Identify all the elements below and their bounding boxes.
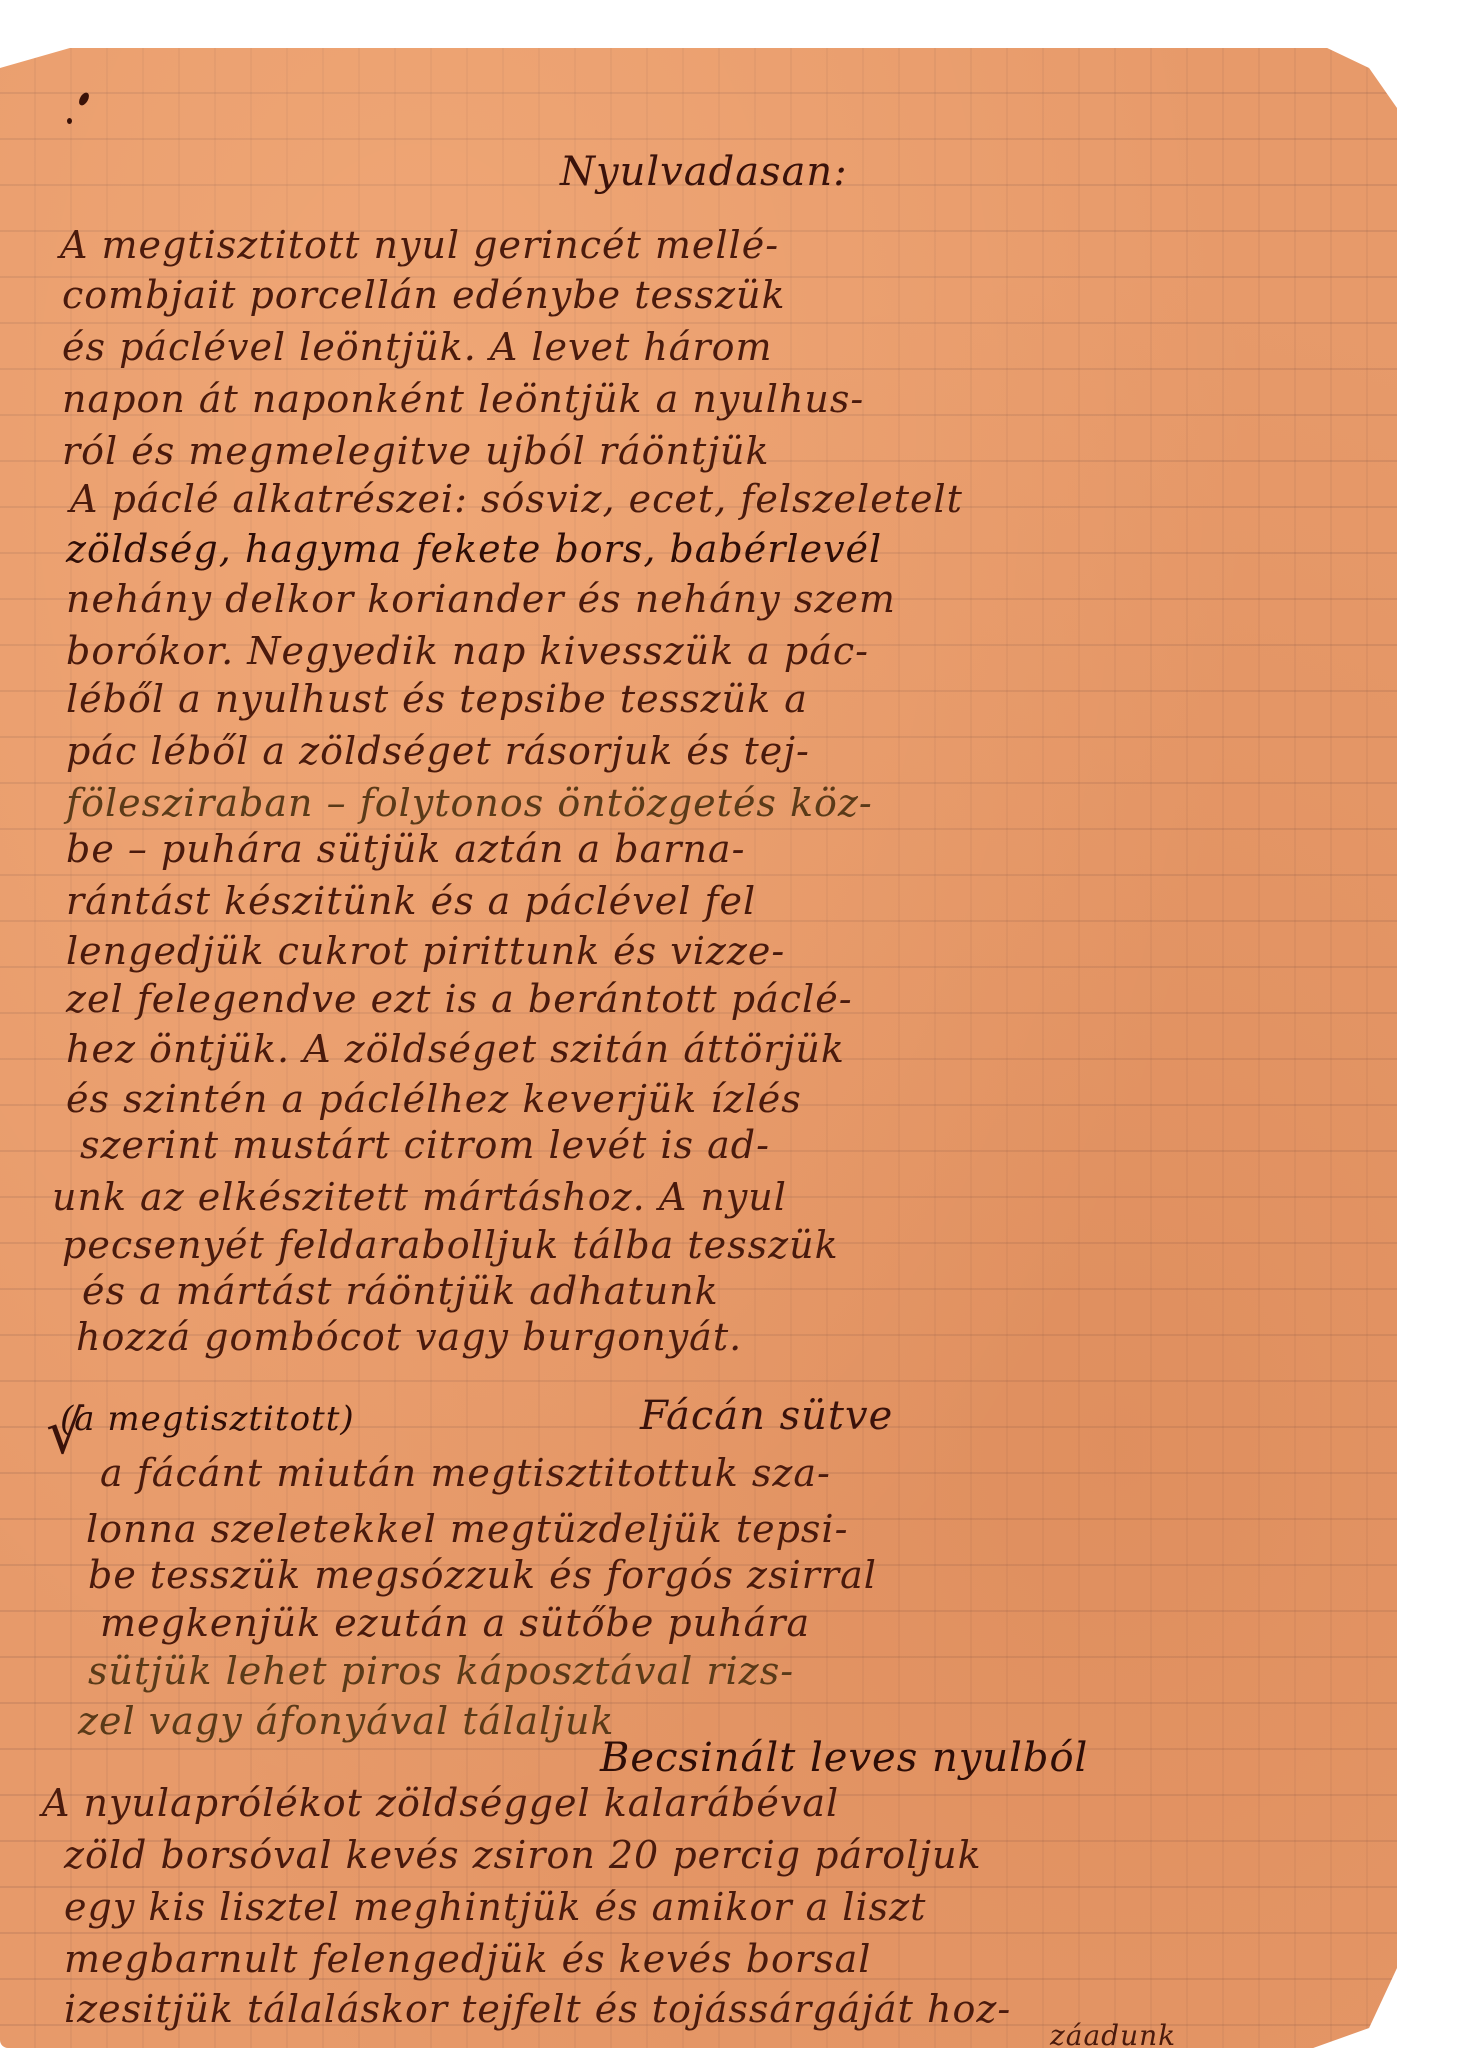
- text-line: a fácánt miután megtisztitottuk sza-: [100, 1454, 831, 1492]
- text-line: A páclé alkatrészei: sósviz, ecet, felsz…: [70, 480, 963, 518]
- text-line: szerint mustárt citrom levét is ad-: [80, 1126, 770, 1164]
- text-line: nehány delkor koriander és nehány szem: [66, 580, 896, 618]
- text-line: ról és megmelegitve ujból ráöntjük: [62, 432, 770, 470]
- text-line: megbarnult felengedjük és kevés borsal: [64, 1940, 871, 1978]
- text-line: izesitjük tálaláskor tejfelt és tojássár…: [64, 1990, 1011, 2028]
- text-line: és páclével leöntjük. A levet három: [62, 328, 773, 366]
- text-line: napon át naponként leöntjük a nyulhus-: [62, 380, 864, 418]
- section-title-facan: Fácán sütve: [640, 1396, 893, 1436]
- text-line: zöldség, hagyma fekete bors, babérlevél: [66, 530, 882, 568]
- text-line: fölesziraban – folytonos öntözgetés köz-: [66, 784, 873, 822]
- text-line: A megtisztitott nyul gerincét mellé-: [60, 226, 779, 264]
- text-line: A nyulaprólékot zöldséggel kalarábéval: [42, 1784, 839, 1822]
- text-line: combjait porcellán edénybe tesszük: [62, 276, 786, 314]
- text-line: záadunk: [1050, 2022, 1176, 2048]
- text-line: rántást készitünk és a páclével fel: [66, 882, 756, 920]
- text-line: be – puhára sütjük aztán a barna-: [66, 830, 745, 868]
- text-line: hez öntjük. A zöldséget szitán áttörjük: [66, 1030, 845, 1068]
- text-line: zel felegendve ezt is a berántott páclé-: [66, 980, 853, 1018]
- ink-spot: [67, 118, 72, 124]
- text-line: pác léből a zöldséget rásorjuk és tej-: [66, 732, 810, 770]
- text-line: pecsenyét feldarabolljuk tálba tesszük: [62, 1226, 839, 1264]
- text-line: megkenjük ezután a sütőbe puhára: [100, 1604, 810, 1642]
- text-line: be tesszük megsózzuk és forgós zsirral: [88, 1556, 877, 1594]
- text-line: lengedjük cukrot pirittunk és vizze-: [66, 932, 785, 970]
- text-line: hozzá gombócot vagy burgonyát.: [76, 1318, 742, 1356]
- section-title-nyulvadasan: Nyulvadasan:: [560, 152, 848, 192]
- text-line: borókor. Negyedik nap kivesszük a pác-: [66, 632, 869, 670]
- text-line: zel vagy áfonyával tálaljuk: [78, 1702, 614, 1740]
- text-line: sütjük lehet piros káposztával rizs-: [88, 1652, 794, 1690]
- text-line: lonna szeletekkel megtüzdeljük tepsi-: [86, 1510, 848, 1548]
- text-line: zöld borsóval kevés zsiron 20 percig pár…: [64, 1836, 982, 1874]
- margin-note: (a megtisztitott): [60, 1402, 355, 1436]
- section-title-becsinalt: Becsinált leves nyulból: [600, 1738, 1088, 1778]
- text-line: és a mártást ráöntjük adhatunk: [82, 1272, 719, 1310]
- text-line: egy kis lisztel meghintjük és amikor a l…: [64, 1888, 926, 1926]
- text-line: és szintén a páclélhez keverjük ízlés: [66, 1080, 802, 1118]
- text-line: unk az elkészitett mártáshoz. A nyul: [52, 1178, 787, 1216]
- text-line: léből a nyulhust és tepsibe tesszük a: [66, 680, 808, 718]
